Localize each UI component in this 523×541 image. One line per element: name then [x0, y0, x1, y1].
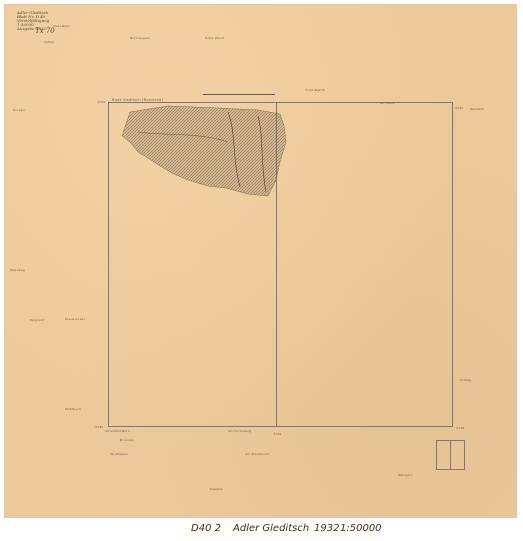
place-label: Sattel — [44, 40, 54, 44]
sheet-title: Adler Gleditsch — [233, 523, 309, 534]
sheet-code: D40 2 — [191, 523, 221, 534]
scale-bar — [203, 94, 275, 95]
place-label: Schlag — [460, 378, 471, 382]
grid-tick-label: 3730 — [97, 100, 105, 104]
grid-tick-label: 3735 — [273, 432, 281, 436]
place-label: Tal-Wiesen — [110, 452, 128, 456]
grid-tick-label: 3730 — [95, 425, 103, 429]
place-label: Reinfeld — [470, 107, 484, 111]
place-label: Eschen — [13, 108, 25, 112]
place-label: Forst-Bezirk — [305, 88, 325, 92]
sheet-year: 1932 — [314, 523, 339, 534]
sheet-index-divider — [450, 440, 451, 469]
map-sheet: Adler Gleditsch Blatt Nr. D 40 Vervielfä… — [5, 5, 516, 517]
place-label: Wengert — [398, 473, 412, 477]
place-label: Ober-Rain — [53, 24, 70, 28]
sheet-caption-label: D40 2 Adler Gleditsch 1932 1:50000 — [183, 519, 375, 539]
place-label: am Fuchsberg — [228, 429, 252, 433]
reference-mark: Tx 70 — [35, 29, 55, 33]
place-label: Kapelle — [210, 487, 222, 491]
terrain-hachure-region — [108, 102, 288, 202]
place-label: Hohe Wand — [205, 36, 224, 40]
sheet-scale: 1:50000 — [340, 523, 382, 534]
grid-tick-label: 3740 — [456, 426, 464, 430]
place-label: Kreuz-Acker — [65, 317, 85, 321]
place-label: am Steinbruch — [245, 452, 270, 456]
grid-tick-label: 3740 — [455, 106, 463, 110]
place-label: Am Rand — [380, 101, 395, 105]
place-label: Brunnen — [120, 438, 134, 442]
place-label: Unterfeld Nord — [105, 429, 130, 433]
place-label: Talgrund — [30, 318, 44, 322]
place-label: Nord-Kuppe — [130, 36, 150, 40]
place-label: Oberweg — [10, 268, 25, 272]
place-label: Mühlbach — [65, 407, 81, 411]
